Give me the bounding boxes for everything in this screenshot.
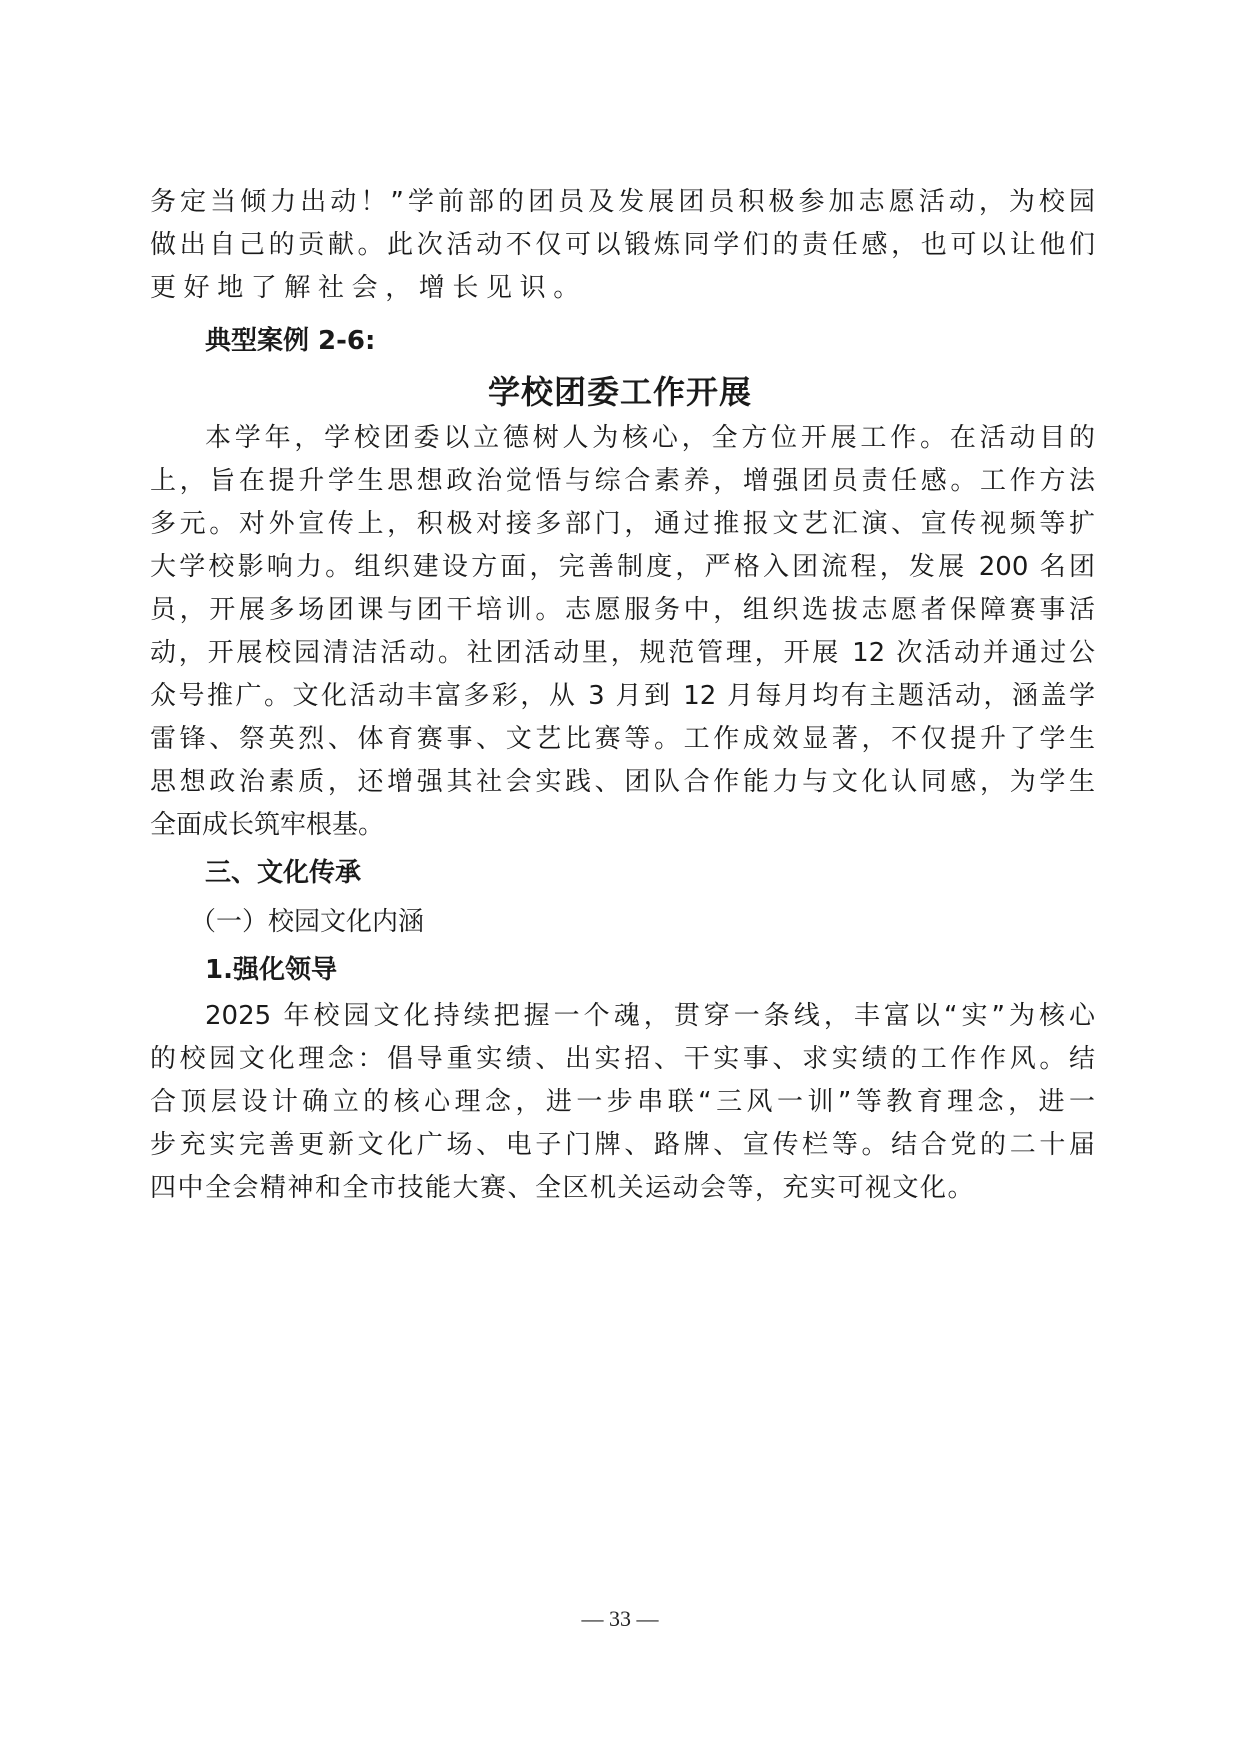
paragraph-line: 大学校影响力。组织建设方面，完善制度，严格入团流程，发展 200 名团 xyxy=(150,552,1095,582)
paragraph-line: 务定当倾力出动！”学前部的团员及发展团员积极参加志愿活动，为校园 xyxy=(150,187,1095,217)
paragraph-line: 做出自己的贡献。此次活动不仅可以锻炼同学们的责任感，也可以让他们 xyxy=(150,230,1095,260)
paragraph-line: 雷锋、祭英烈、体育赛事、文艺比赛等。工作成效显著，不仅提升了学生 xyxy=(150,724,1095,754)
paragraph-line: 思想政治素质，还增强其社会实践、团队合作能力与文化认同感，为学生 xyxy=(150,767,1095,797)
paragraph-line: 全面成长筑牢根基。 xyxy=(150,810,1095,840)
case-title: 学校团委工作开展 xyxy=(0,374,1240,410)
case-label: 典型案例 2-6: xyxy=(205,326,375,356)
paragraph-line: 多元。对外宣传上，积极对接多部门，通过推报文艺汇演、宣传视频等扩 xyxy=(150,509,1095,539)
paragraph-line: 四中全会精神和全市技能大赛、全区机关运动会等，充实可视文化。 xyxy=(150,1173,1095,1203)
paragraph-line: 的校园文化理念：倡导重实绩、出实招、干实事、求实绩的工作作风。结 xyxy=(150,1044,1095,1074)
paragraph-line: 步充实完善更新文化广场、电子门牌、路牌、宣传栏等。结合党的二十届 xyxy=(150,1130,1095,1160)
paragraph-line: 员，开展多场团课与团干培训。志愿服务中，组织选拔志愿者保障赛事活 xyxy=(150,595,1095,625)
paragraph-line: 上，旨在提升学生思想政治觉悟与综合素养，增强团员责任感。工作方法 xyxy=(150,466,1095,496)
paragraph-line: 本学年，学校团委以立德树人为核心，全方位开展工作。在活动目的 xyxy=(205,423,1095,453)
paragraph-line: 更好地了解社会，增长见识。 xyxy=(150,273,1095,303)
paragraph-line: 合顶层设计确立的核心理念，进一步串联“三风一训”等教育理念，进一 xyxy=(150,1087,1095,1117)
paragraph-line: 动，开展校园清洁活动。社团活动里，规范管理，开展 12 次活动并通过公 xyxy=(150,638,1095,668)
paragraph-line: 2025 年校园文化持续把握一个魂，贯穿一条线，丰富以“实”为核心 xyxy=(205,1001,1095,1031)
page-number: — 33 — xyxy=(0,1606,1240,1632)
paragraph-line: 众号推广。文化活动丰富多彩，从 3 月到 12 月每月均有主题活动，涵盖学 xyxy=(150,681,1095,711)
item-heading: 1.强化领导 xyxy=(205,955,337,985)
subsection-heading: （一）校园文化内涵 xyxy=(190,907,424,937)
document-page: 务定当倾力出动！”学前部的团员及发展团员积极参加志愿活动，为校园 做出自己的贡献… xyxy=(0,0,1240,1753)
section-heading: 三、文化传承 xyxy=(205,858,361,888)
